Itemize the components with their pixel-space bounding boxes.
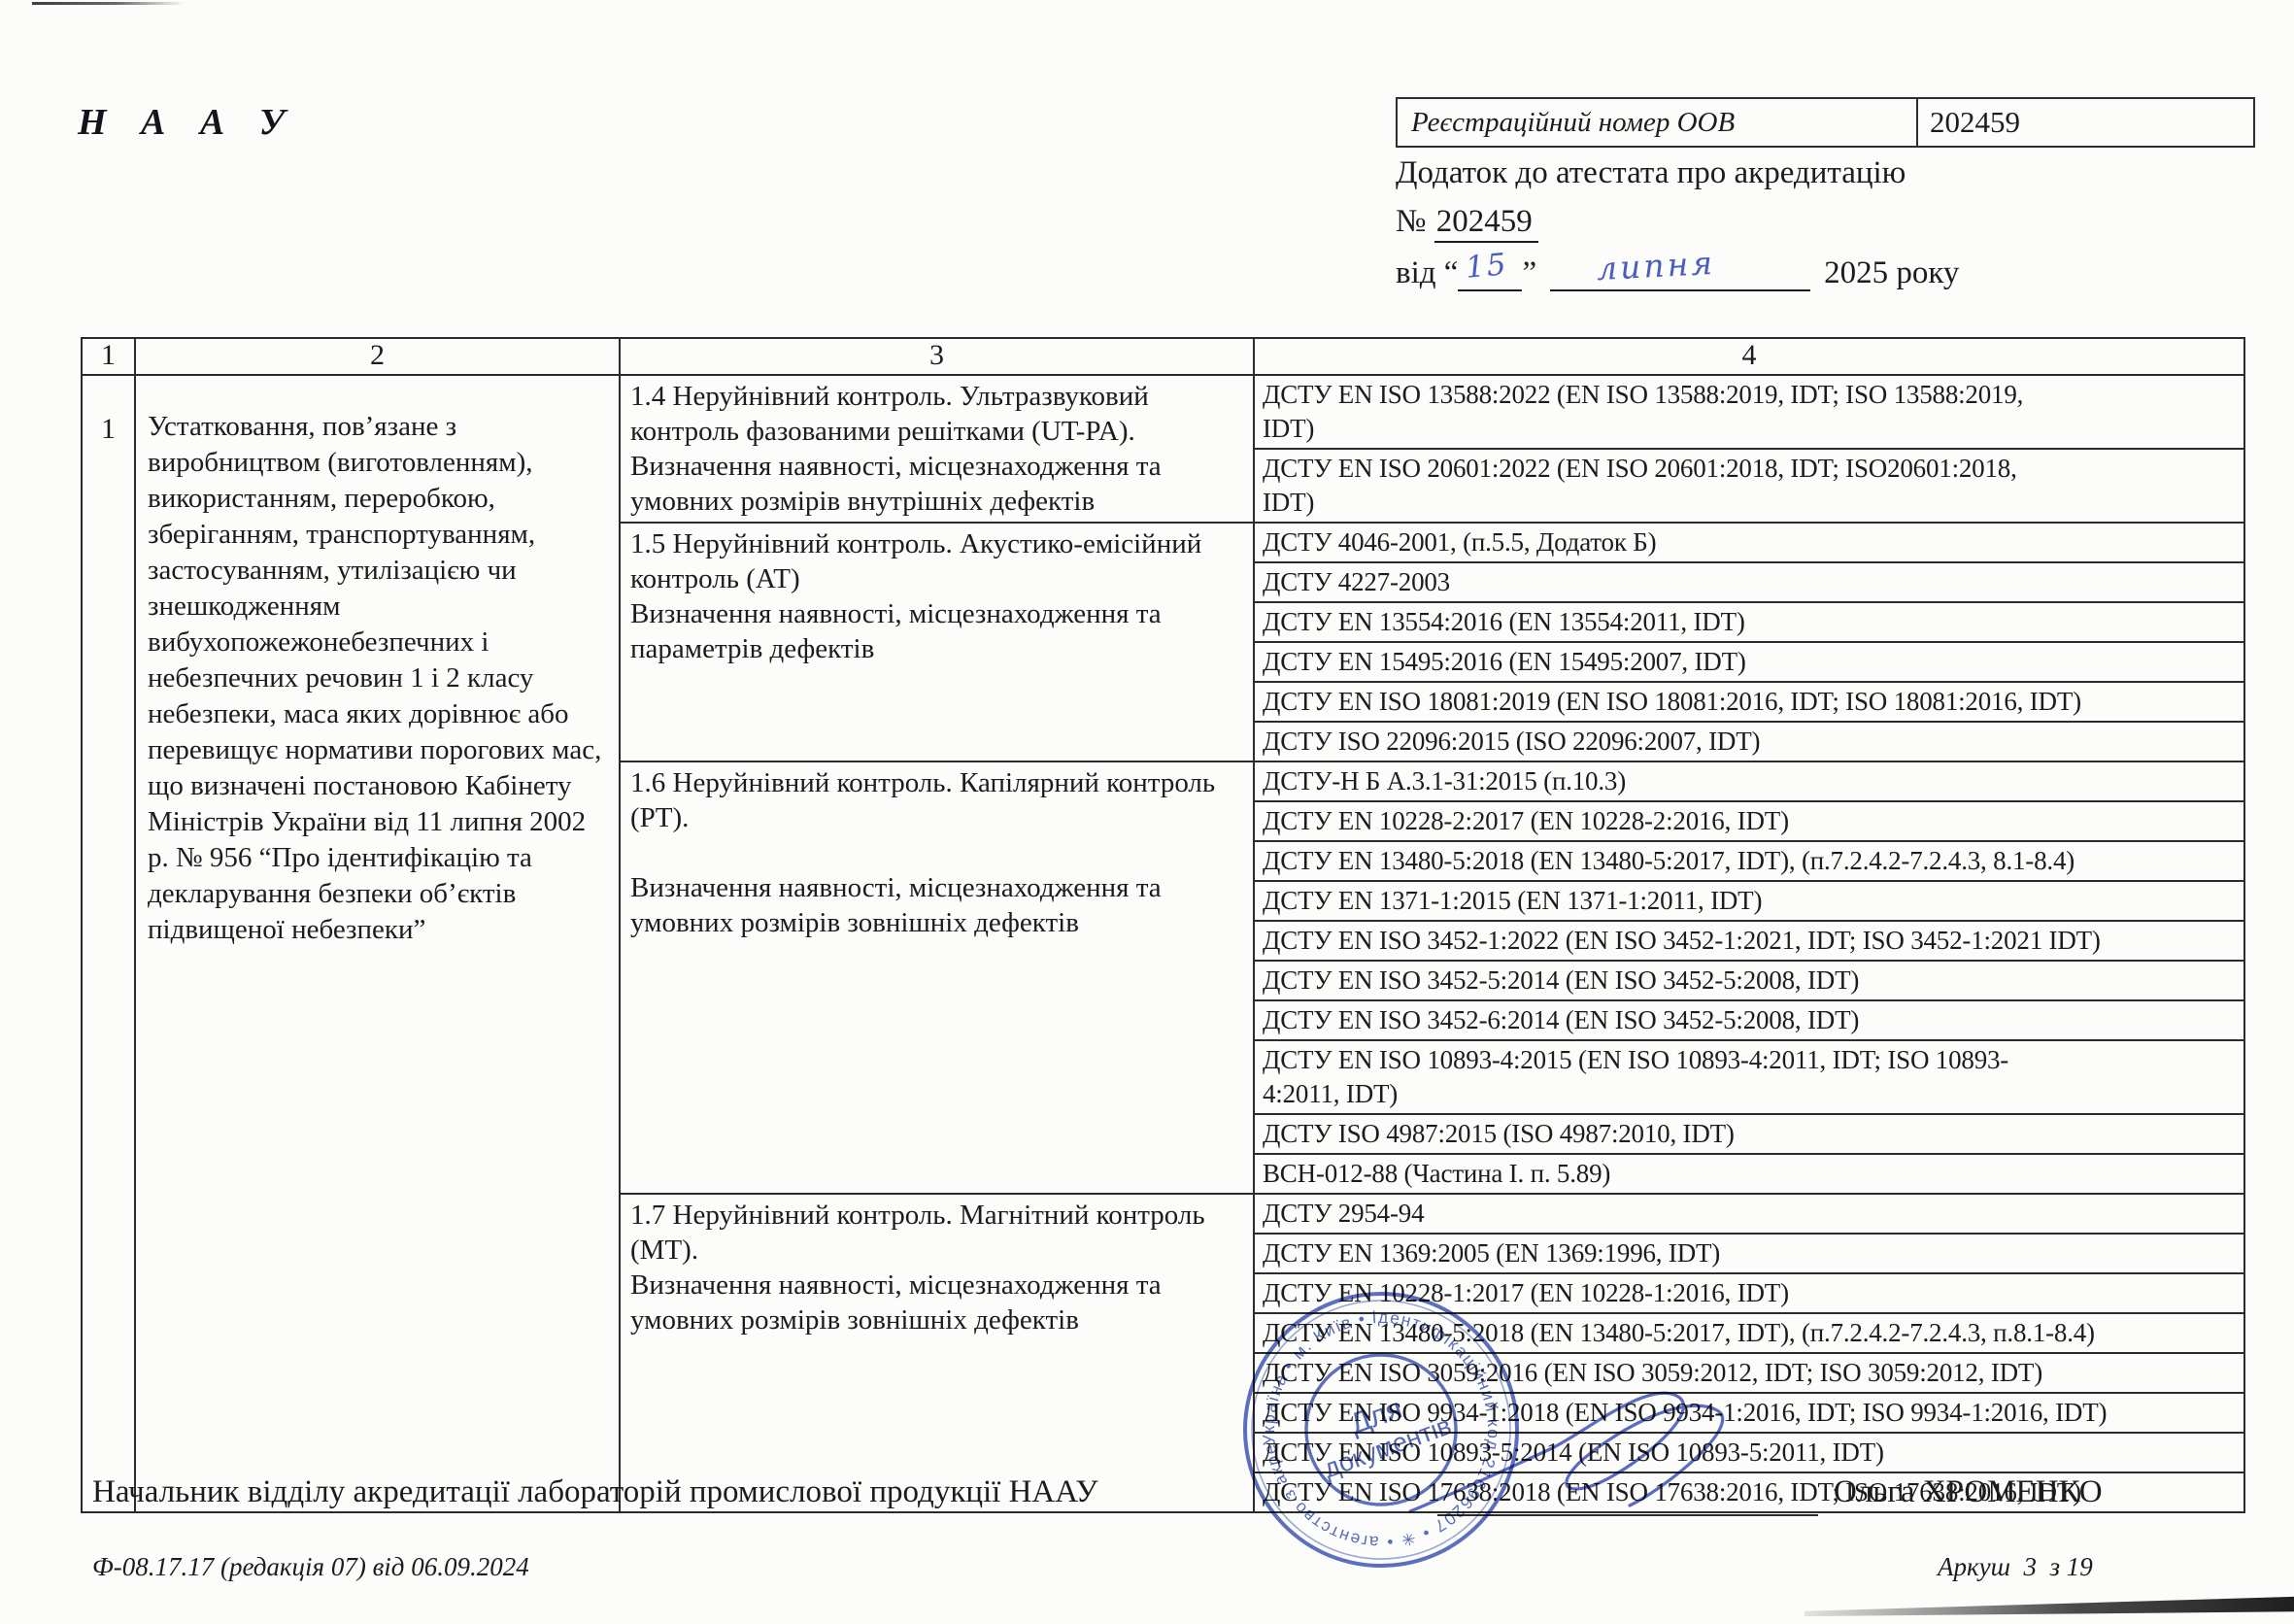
standard-cell: ДСТУ 4046-2001, (п.5.5, Додаток Б) — [1254, 523, 2244, 562]
table-row: 1 Устатковання, пов’язане з виробництвом… — [82, 375, 2244, 449]
signatory-title: Начальник відділу акредитації лабораторі… — [92, 1474, 1098, 1510]
registration-number-label: Реєстраційний номер ООВ — [1398, 99, 1918, 146]
standard-cell: ДСТУ EN 13480-5:2018 (EN 13480-5:2017, I… — [1254, 841, 2244, 881]
standard-cell: ДСТУ EN ISO 3452-1:2022 (EN ISO 3452-1:2… — [1254, 921, 2244, 961]
scan-artifact-bottom-line — [1805, 1595, 2294, 1618]
standard-cell: ДСТУ EN 15495:2016 (EN 15495:2007, IDT) — [1254, 642, 2244, 682]
handwritten-month: липня — [1596, 244, 1716, 288]
standard-cell: ВСН-012-88 (Частина I. п. 5.89) — [1254, 1154, 2244, 1194]
col-header-2: 2 — [135, 338, 620, 375]
standard-cell: ДСТУ ISO 4987:2015 (ISO 4987:2010, IDT) — [1254, 1114, 2244, 1154]
form-code: Ф-08.17.17 (редакція 07) від 06.09.2024 — [92, 1552, 529, 1582]
signature-strokes — [1360, 1340, 1826, 1554]
row-number-cell: 1 — [82, 375, 135, 1512]
date-year: 2025 року — [1824, 255, 1959, 290]
date-close-quote: ” — [1522, 255, 1536, 290]
object-description-cell: Устатковання, пов’язане з виробництвом (… — [135, 375, 620, 1512]
registration-number-box: Реєстраційний номер ООВ 202459 — [1396, 97, 2255, 148]
method-cell-1-5: 1.5 Неруйнівний контроль. Акустико-емісі… — [620, 523, 1254, 761]
standard-cell: ДСТУ EN ISO 3452-6:2014 (EN ISO 3452-5:2… — [1254, 1000, 2244, 1040]
accreditation-scope-table: 1 2 3 4 1 Устатковання, пов’язане з виро… — [81, 337, 2245, 1513]
standard-cell: ДСТУ ISO 22096:2015 (ISO 22096:2007, IDT… — [1254, 722, 2244, 761]
handwritten-day: 15 — [1465, 247, 1509, 286]
method-cell-1-7: 1.7 Неруйнівний контроль. Магнітний конт… — [620, 1194, 1254, 1512]
document-page: Н А А У Реєстраційний номер ООВ 202459 Д… — [0, 0, 2294, 1624]
col-header-3: 3 — [620, 338, 1254, 375]
registration-number-value: 202459 — [1918, 99, 2253, 146]
date-month-underline: липня — [1550, 254, 1810, 291]
standard-cell: ДСТУ EN 1371-1:2015 (EN 1371-1:2011, IDT… — [1254, 881, 2244, 921]
signatory-name: Ольга ХРОМЕНКО — [1834, 1474, 2103, 1510]
document-title: Додаток до атестата про акредитацію — [1396, 155, 1906, 191]
standard-cell: ДСТУ 2954-94 — [1254, 1194, 2244, 1234]
standard-cell: ДСТУ 4227-2003 — [1254, 562, 2244, 602]
col-header-1: 1 — [82, 338, 135, 375]
method-cell-1-4: 1.4 Неруйнівний контроль. Ультразвуковий… — [620, 375, 1254, 523]
date-day-underline: 15 — [1458, 254, 1522, 291]
col-header-4: 4 — [1254, 338, 2244, 375]
standard-cell: ДСТУ EN ISO 3452-5:2014 (EN ISO 3452-5:2… — [1254, 961, 2244, 1000]
standard-cell: ДСТУ EN ISO 13588:2022 (EN ISO 13588:201… — [1254, 375, 2244, 449]
sheet-number: Аркуш 3 з 19 — [1938, 1552, 2093, 1582]
scan-artifact-top-line — [32, 2, 186, 5]
standard-cell: ДСТУ EN 10228-2:2017 (EN 10228-2:2016, I… — [1254, 801, 2244, 841]
table-header-row: 1 2 3 4 — [82, 338, 2244, 375]
standard-cell: ДСТУ EN ISO 20601:2022 (EN ISO 20601:201… — [1254, 449, 2244, 523]
standard-cell: ДСТУ EN ISO 18081:2019 (EN ISO 18081:201… — [1254, 682, 2244, 722]
naau-logo: Н А А У — [78, 101, 297, 144]
standard-cell: ДСТУ EN 13554:2016 (EN 13554:2011, IDT) — [1254, 602, 2244, 642]
standard-cell: ДСТУ EN ISO 10893-4:2015 (EN ISO 10893-4… — [1254, 1040, 2244, 1114]
certificate-number-line: № 202459 — [1396, 204, 1538, 240]
certificate-number: 202459 — [1434, 204, 1538, 243]
date-line: від “15”липня2025 року — [1396, 254, 1959, 291]
number-sign: № — [1396, 204, 1427, 239]
handwritten-signature — [1360, 1340, 1826, 1554]
standard-cell: ДСТУ-Н Б А.3.1-31:2015 (п.10.3) — [1254, 761, 2244, 801]
method-cell-1-6: 1.6 Неруйнівний контроль. Капілярний кон… — [620, 761, 1254, 1194]
date-prefix: від “ — [1396, 255, 1458, 290]
